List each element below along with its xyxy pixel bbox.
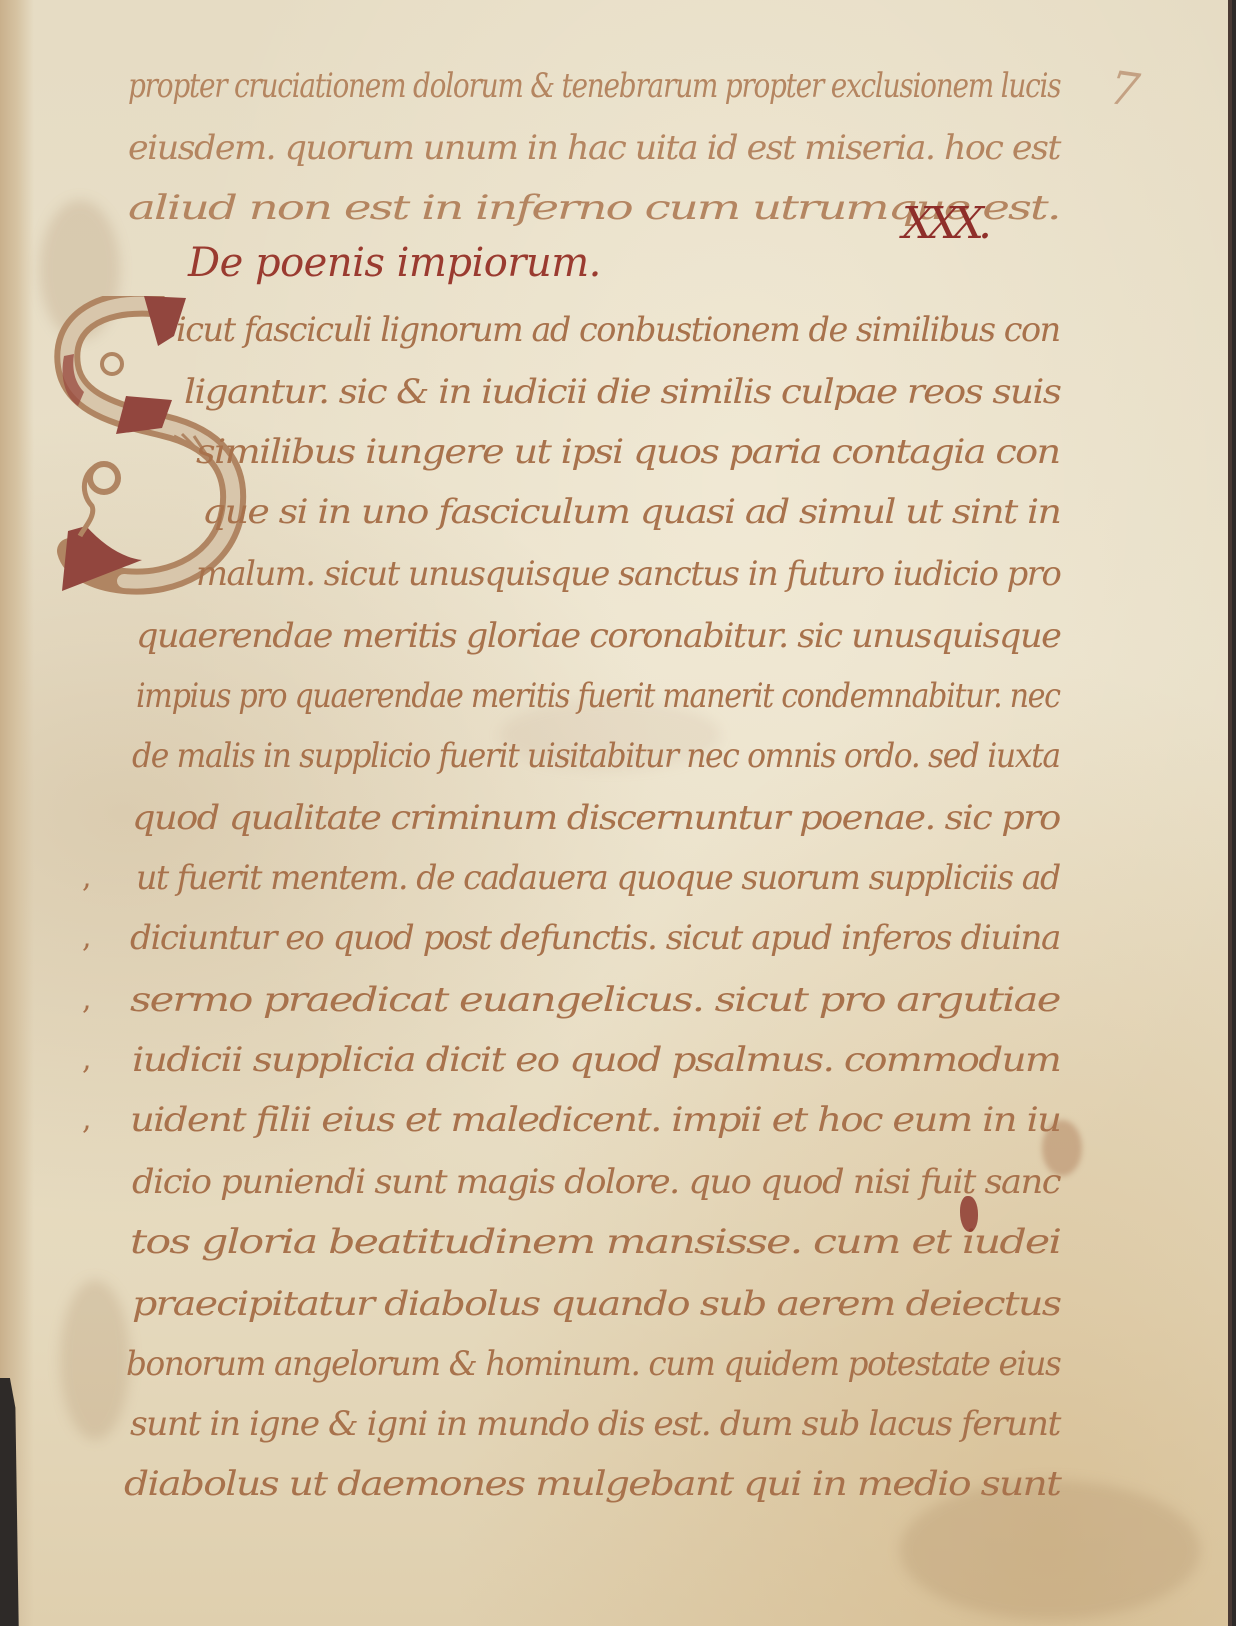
- page-right-edge: [1228, 0, 1232, 1626]
- text-line-body-3: similibus iungere ut ipsi quos paria con…: [196, 432, 1060, 472]
- text-line-body-14: uident filii eius et maledicent. impii e…: [130, 1100, 1060, 1140]
- text-line-body-1: icut fasciculi lignorum ad conbustionem …: [176, 310, 1060, 350]
- parchment-stain: [60, 1280, 130, 1440]
- margin-mark: ,: [82, 860, 92, 895]
- ink-blot: [1042, 1120, 1082, 1176]
- text-line-body-20: diabolus ut daemones mulgebant qui in me…: [124, 1464, 1060, 1504]
- text-line-body-15: dicio puniendi sunt magis dolore. quo qu…: [132, 1162, 1060, 1202]
- text-line-body-4: que si in uno fasciculum quasi ad simul …: [202, 492, 1060, 532]
- text-line-body-5: malum. sicut unusquisque sanctus in futu…: [196, 554, 1060, 594]
- text-line-body-19: sunt in igne & igni in mundo dis est. du…: [130, 1404, 1060, 1444]
- text-line-body-2: ligantur. sic & in iudicii die similis c…: [184, 372, 1060, 412]
- text-line-top-2: eiusdem. quorum unum in hac uita id est …: [128, 128, 1060, 168]
- margin-mark: ,: [82, 920, 92, 955]
- margin-mark: ,: [82, 1042, 92, 1077]
- text-line-body-8: de malis in supplicio fuerit uisitabitur…: [132, 736, 1060, 776]
- text-line-body-10: ut fuerit mentem. de cadauera quoque suo…: [136, 858, 1060, 898]
- text-line-body-11: diciuntur eo quod post defunctis. sicut …: [130, 918, 1060, 958]
- manuscript-page: 7 propter cruciationem dolorum & tenebra…: [0, 0, 1232, 1626]
- margin-mark: ,: [82, 982, 92, 1017]
- text-line-body-9: quod qualitate criminum discernuntur poe…: [132, 798, 1060, 838]
- text-line-body-18: bonorum angelorum & hominum. cum quidem …: [126, 1344, 1060, 1384]
- red-ink-blot: [960, 1196, 978, 1232]
- corner-annotation: 7: [1106, 60, 1143, 118]
- text-line-body-6: quaerendae meritis gloriae coronabitur. …: [136, 616, 1060, 656]
- text-line-body-13: iudicii supplicia dicit eo quod psalmus.…: [132, 1040, 1060, 1080]
- margin-mark: ,: [82, 1102, 92, 1137]
- text-line-body-16: tos gloria beatitudinem mansisse. cum et…: [130, 1222, 1060, 1262]
- text-line-body-17: praecipitatur diabolus quando sub aerem …: [132, 1284, 1060, 1324]
- chapter-rubric: De poenis impiorum.: [188, 240, 601, 286]
- text-line-body-12: sermo praedicat euangelicus. sicut pro a…: [130, 980, 1060, 1020]
- text-line-body-7: impius pro quaerendae meritis fuerit man…: [136, 676, 1060, 716]
- text-line-top-1: propter cruciationem dolorum & tenebraru…: [128, 66, 1060, 106]
- chapter-number: XXX.: [902, 198, 986, 249]
